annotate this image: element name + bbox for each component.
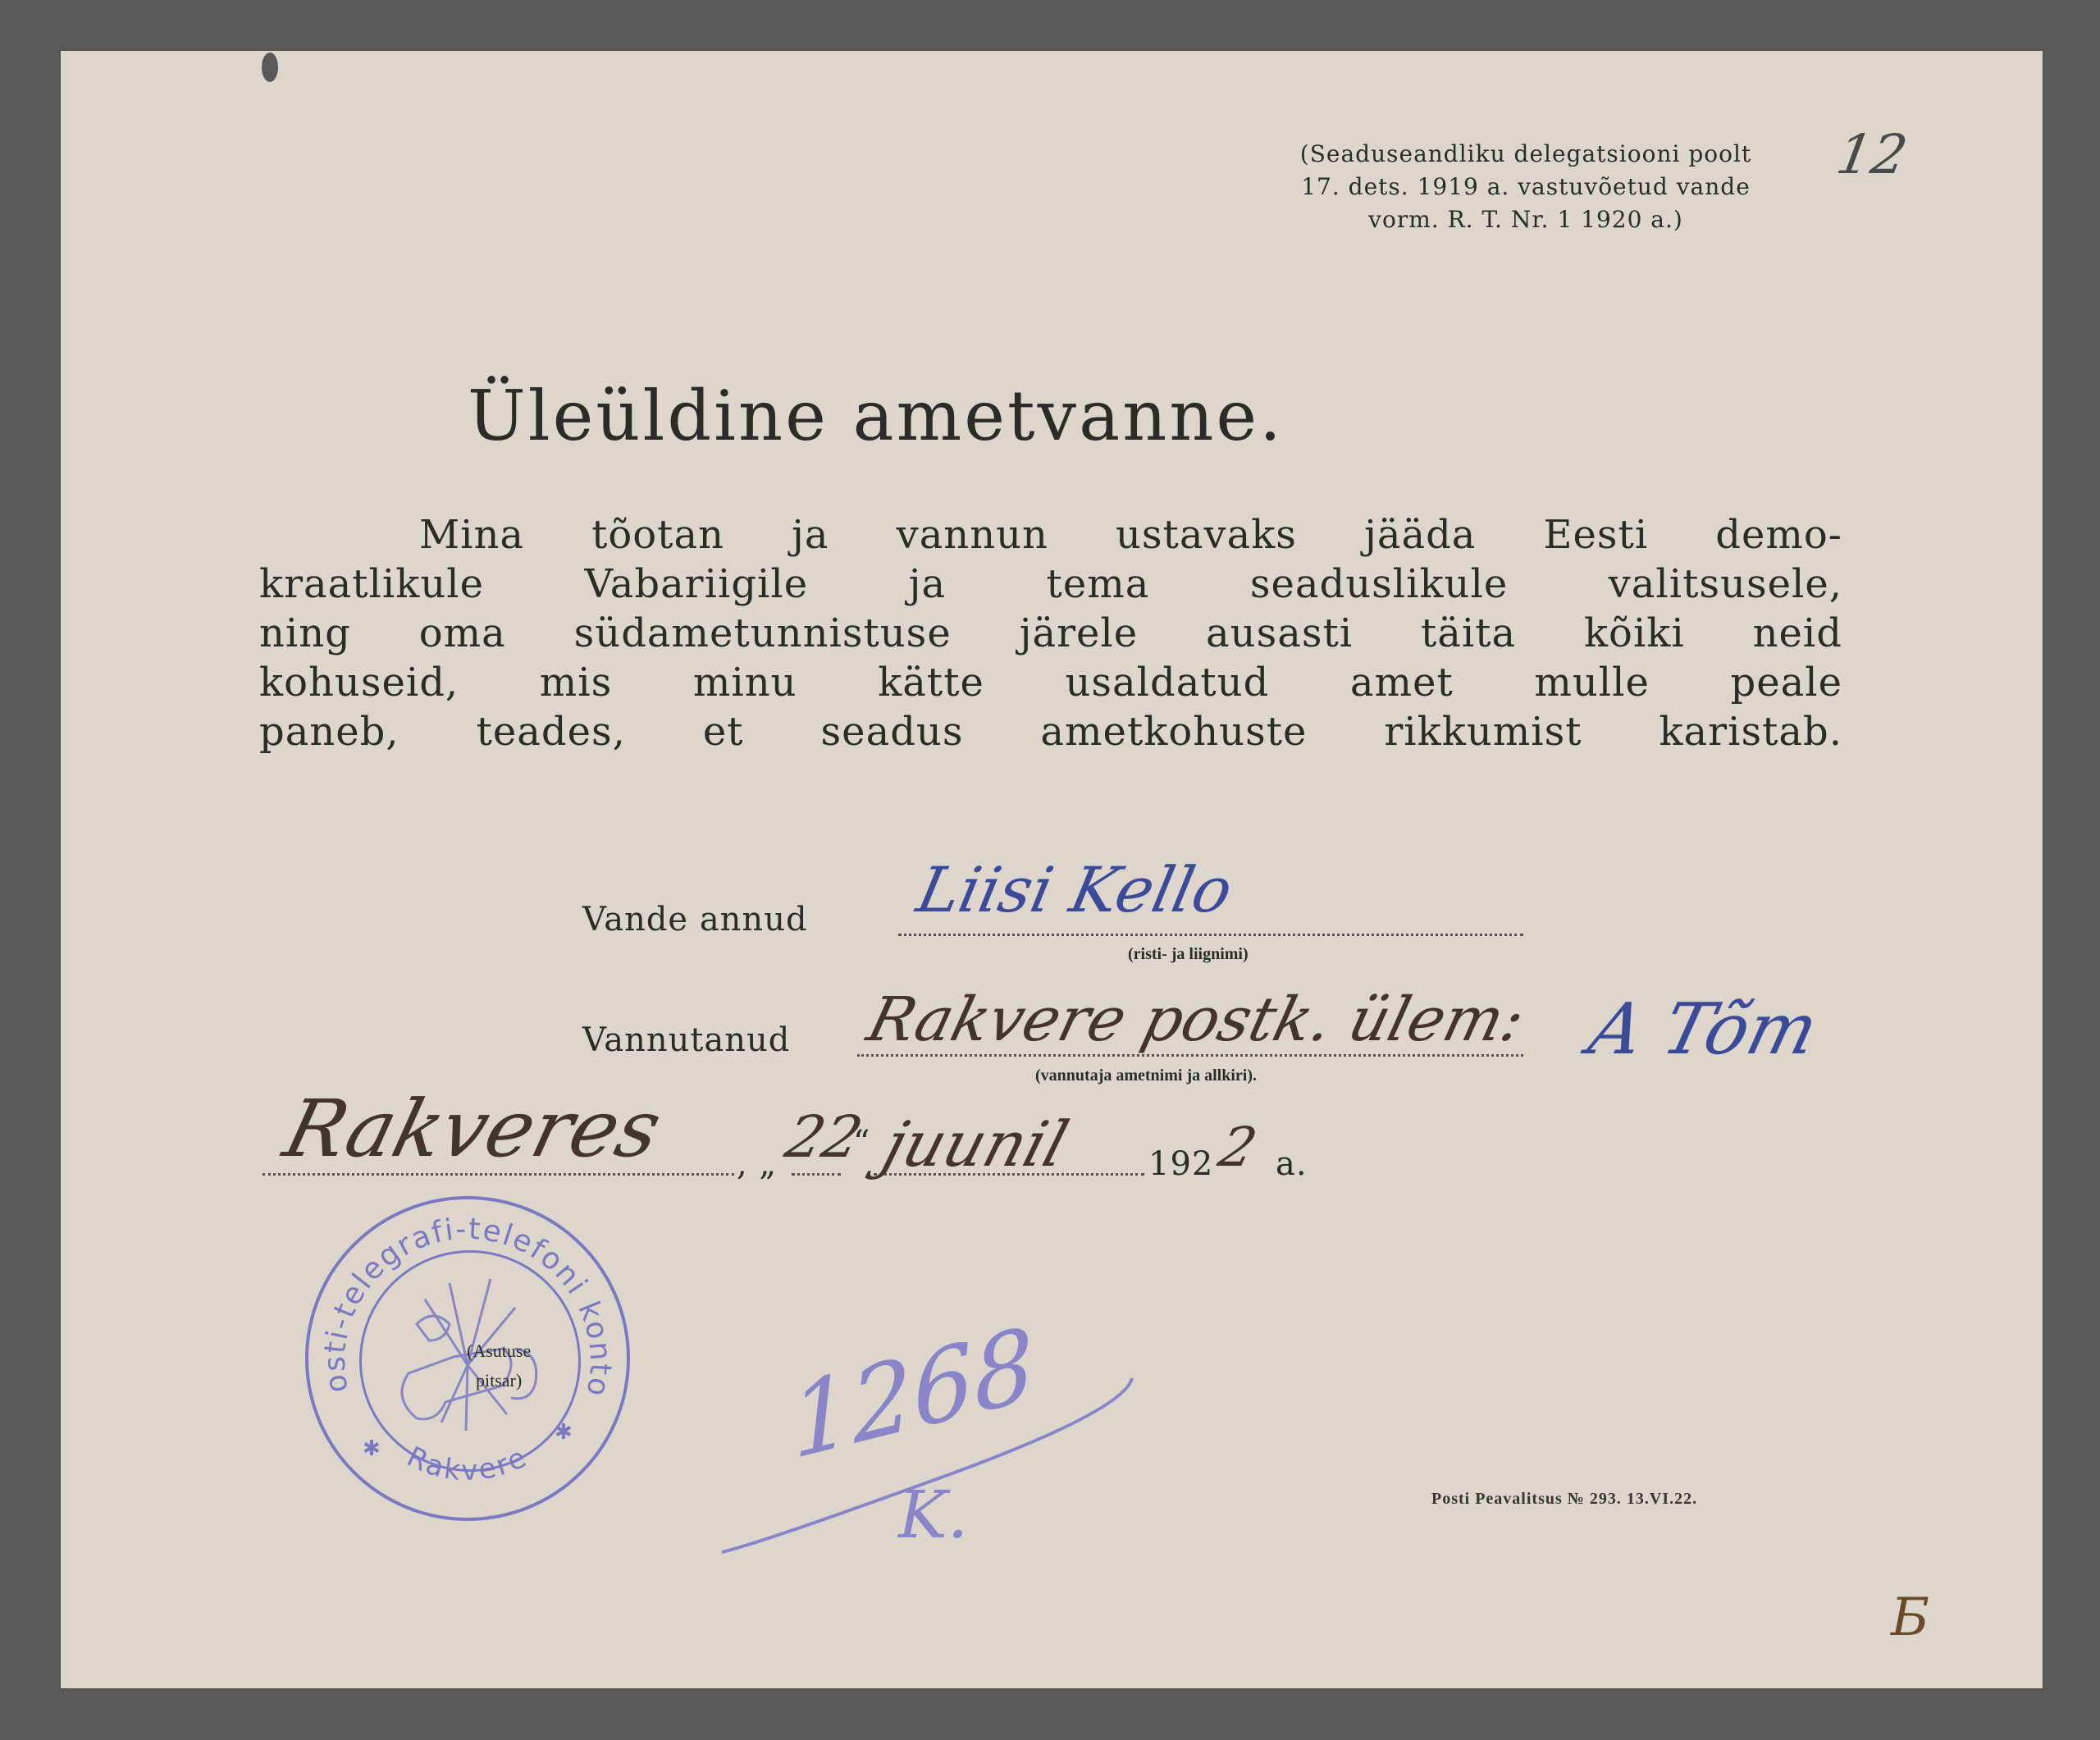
document-title: Üleüldine ametvanne. — [468, 376, 1284, 456]
year-unit: a. — [1276, 1145, 1308, 1183]
month-handwritten: juunil — [875, 1107, 1076, 1181]
corner-mark: Б — [1891, 1587, 1929, 1648]
year-prefix: 192 — [1148, 1145, 1213, 1183]
day-line — [792, 1173, 841, 1176]
sworn-in-by-label: Vannutanud — [582, 1021, 790, 1059]
stamp-placeholder-label: (Asutuse pitsar) — [467, 1336, 531, 1395]
date-separator: , „ — [737, 1145, 777, 1183]
oath-line-3: ning oma südametunnistuse järele ausasti… — [259, 609, 1842, 658]
stamp-inner-circle: (Asutuse pitsar) — [359, 1250, 581, 1472]
header-note-line-2: 17. dets. 1919 a. vastuvõetud vande — [1222, 171, 1829, 203]
sworn-by-signature: Liisi Kello — [911, 853, 1239, 926]
header-note-line-1: (Seaduseandliku delegatsiooni poolt — [1222, 138, 1829, 171]
sworn-by-line — [898, 934, 1523, 936]
oath-line-2: kraatlikule Vabariigile ja tema seadusli… — [259, 559, 1842, 609]
printer-note: Posti Peavalitsus № 293. 13.VI.22. — [1431, 1490, 1697, 1509]
sworn-by-caption: (risti- ja liignimi) — [1128, 945, 1249, 964]
stamp-label-line-1: (Asutuse — [467, 1336, 531, 1366]
paper-tear — [262, 53, 278, 82]
pencil-initial-annotation: K. — [898, 1477, 968, 1553]
sworn-in-by-signature: A Tõm — [1582, 989, 1826, 1071]
office-stamp: Posti-telegrafi-telefoni kontor Rakvere … — [305, 1196, 630, 1521]
header-note-line-3: vorm. R. T. Nr. 1 1920 a.) — [1222, 203, 1829, 236]
oath-line-1: Mina tõotan ja vannun ustavaks jääda Ees… — [259, 510, 1842, 559]
sworn-in-by-title-handwritten: Rakvere postk. ülem: — [861, 984, 1532, 1055]
place-handwritten: Rakveres — [276, 1083, 670, 1175]
sworn-by-label: Vande annud — [582, 901, 808, 939]
stamp-label-line-2: pitsar) — [467, 1366, 531, 1395]
oath-line-5: paneb, teades, et seadus ametkohuste rik… — [259, 707, 1842, 756]
page-number: 12 — [1832, 123, 1912, 186]
sworn-in-by-caption: (vannutaja ametnimi ja allkiri). — [1035, 1066, 1257, 1085]
oath-text: Mina tõotan ja vannun ustavaks jääda Ees… — [259, 510, 1842, 756]
header-legal-note: (Seaduseandliku delegatsiooni poolt 17. … — [1222, 138, 1829, 236]
oath-line-4: kohuseid, mis minu kätte usaldatud amet … — [259, 658, 1842, 707]
day-close-quote: “ — [853, 1124, 870, 1162]
